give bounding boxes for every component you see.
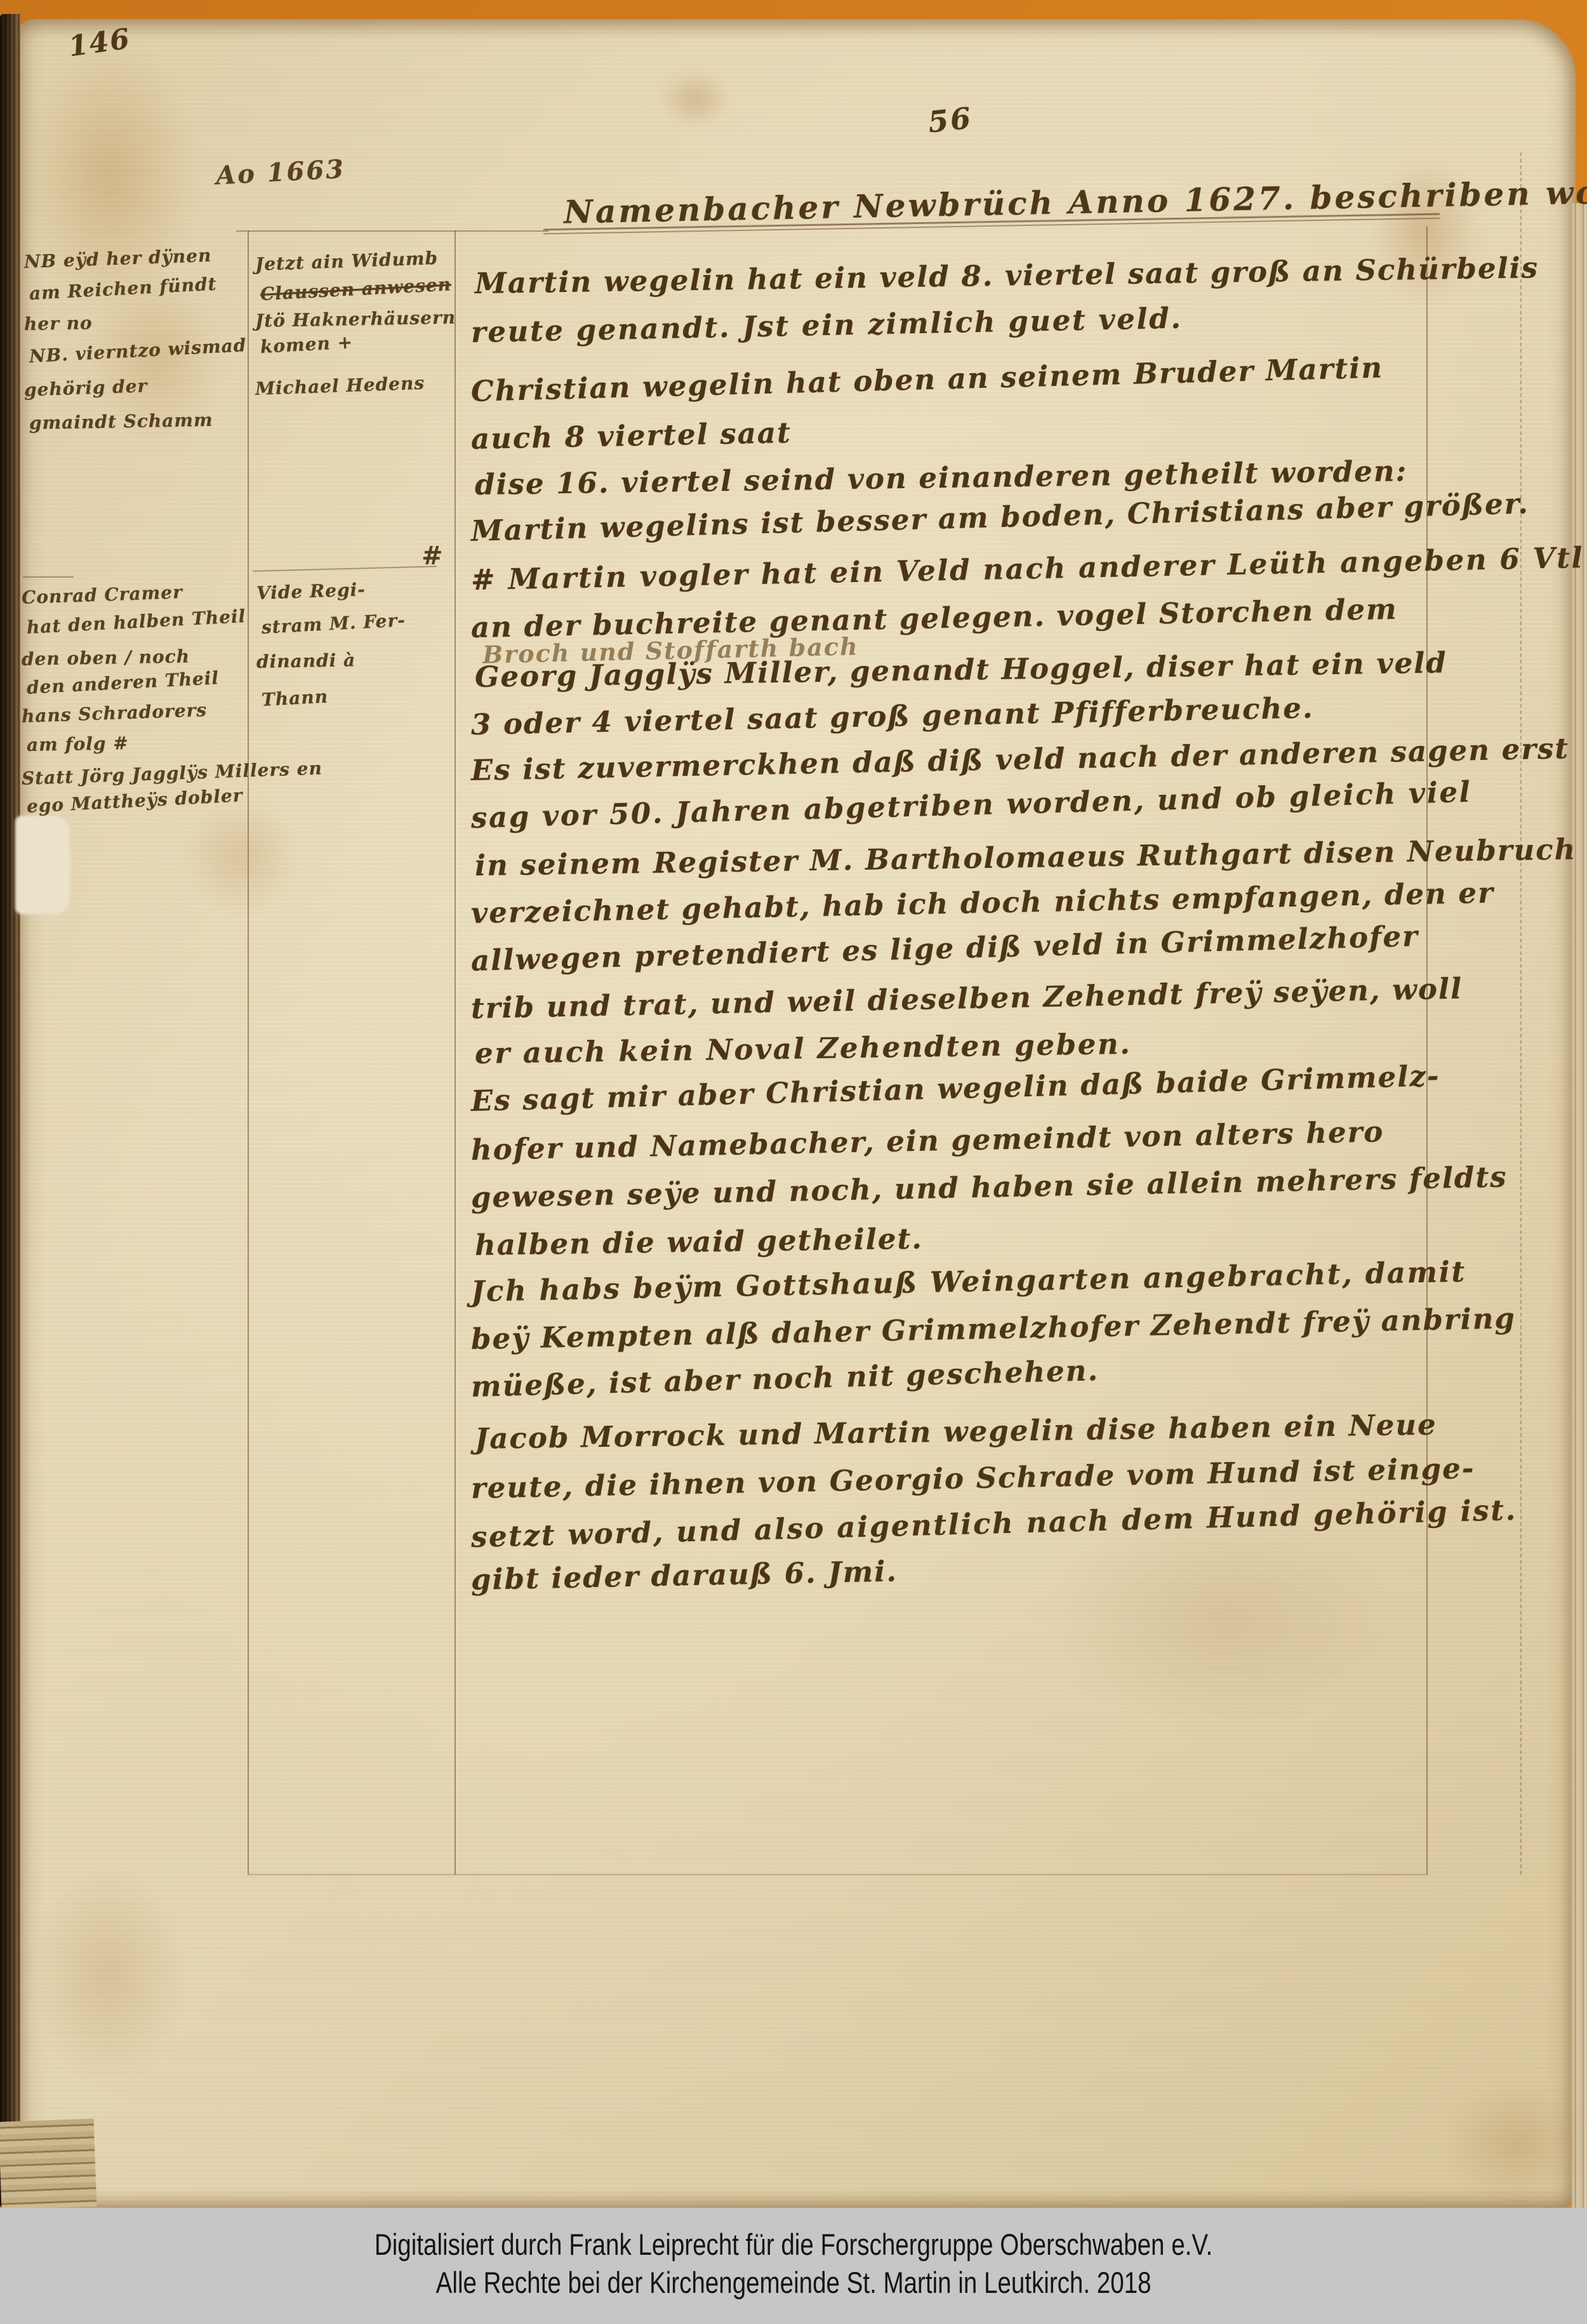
table-rule-vertical-1 bbox=[248, 230, 249, 1875]
hash-mark: # bbox=[422, 541, 443, 571]
manuscript-line: Vide Regi- bbox=[256, 579, 366, 604]
page-number: 56 bbox=[926, 100, 974, 139]
table-rule-bottom bbox=[248, 1874, 1428, 1875]
table-rule-vertical-right bbox=[1426, 226, 1428, 1875]
manuscript-page bbox=[17, 19, 1576, 2208]
manuscript-line: Thann bbox=[261, 686, 329, 710]
manuscript-line: Jtö Haknerhäusern bbox=[255, 307, 456, 331]
margin-rule-dashed-right bbox=[1520, 152, 1522, 1875]
page-stack-bottom-left bbox=[0, 2118, 96, 2209]
banner-credit-line: Digitalisiert durch Frank Leiprecht für … bbox=[375, 2226, 1212, 2264]
book-binding-edge bbox=[0, 14, 20, 2208]
manuscript-line: gmaindt Schamm bbox=[29, 409, 213, 434]
manuscript-line: dinandi à bbox=[256, 649, 356, 672]
digitization-banner: Digitalisiert durch Frank Leiprecht für … bbox=[0, 2208, 1587, 2324]
manuscript-line: her no bbox=[24, 312, 93, 335]
manuscript-line: halben die waid getheilet. bbox=[475, 1222, 924, 1262]
banner-rights-line: Alle Rechte bei der Kirchengemeinde St. … bbox=[436, 2264, 1152, 2302]
manuscript-line: auch 8 viertel saat bbox=[470, 416, 792, 456]
margin-divider-rule bbox=[23, 576, 74, 578]
manuscript-line: am folg # bbox=[27, 733, 129, 755]
manuscript-line: den oben / noch bbox=[22, 646, 190, 670]
page-stack-right-edge bbox=[1572, 203, 1587, 2208]
table-rule-vertical-2 bbox=[455, 230, 456, 1875]
manuscript-line: gehörig der bbox=[23, 375, 147, 401]
table-rule-top-left bbox=[236, 230, 548, 232]
repair-patch bbox=[15, 816, 70, 914]
